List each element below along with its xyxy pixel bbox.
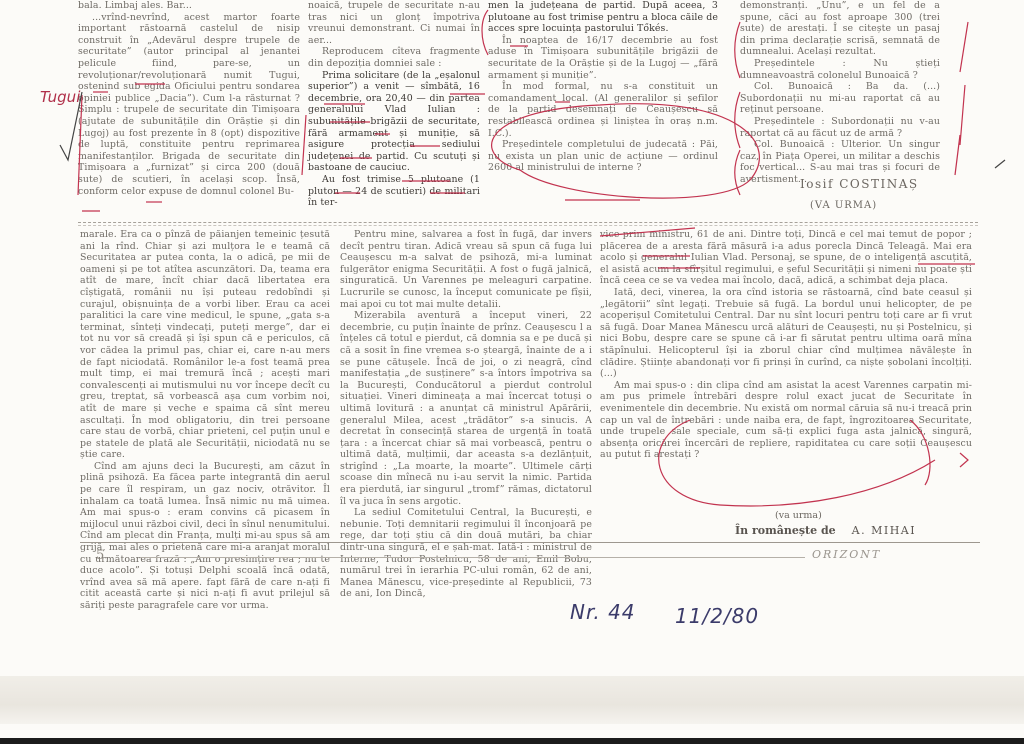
to-be-continued-label-bottom: (va urma) bbox=[775, 510, 822, 521]
top-column-2: noaică, trupele de securitate n-au tras … bbox=[308, 0, 480, 209]
bottom-rule bbox=[80, 542, 980, 543]
footer-rule bbox=[140, 557, 805, 558]
paragraph: vice-prim ministru, 61 de ani. Dintre to… bbox=[600, 229, 972, 287]
paragraph: ...vrînd-nevrînd, acest martor foarte im… bbox=[78, 12, 300, 198]
section-divider bbox=[78, 222, 978, 226]
bottom-column-2: Pentru mine, salvarea a fost în fugă, da… bbox=[340, 229, 592, 600]
paragraph: Prima solicitare (de la „eșalonul superi… bbox=[308, 70, 480, 174]
handwritten-issue-number: Nr. 44 bbox=[570, 600, 636, 624]
paragraph: La sediul Comitetului Central, la Bucure… bbox=[340, 507, 592, 600]
handwritten-date: 11/2/80 bbox=[675, 604, 759, 628]
paragraph: bala. Limbaj ales. Bar... bbox=[78, 0, 300, 12]
translation-label: În românește de bbox=[735, 524, 836, 537]
paragraph: Am mai spus-o : din clipa cînd am asista… bbox=[600, 380, 972, 461]
paragraph: marale. Era ca o pînză de păianjen temei… bbox=[80, 229, 330, 461]
paragraph: Președintele : Subordonații nu v-au rapo… bbox=[740, 116, 940, 139]
margin-note: Tugui bbox=[40, 88, 80, 106]
page-number: 5 bbox=[96, 548, 104, 563]
paragraph: Au fost trimise 5 plutoane (1 pluton — 2… bbox=[308, 174, 480, 209]
paragraph: men la județeana de partid. După aceea, … bbox=[488, 0, 718, 35]
paragraph: Col. Bunoaică : Ba da. (...) Subordonați… bbox=[740, 81, 940, 116]
paragraph: Mizerabila aventură a început vineri, 22… bbox=[340, 310, 592, 507]
translation-credit: În românește deA. MIHAI bbox=[735, 524, 916, 537]
to-be-continued-label: (VA URMA) bbox=[810, 200, 877, 211]
top-column-3: men la județeana de partid. După aceea, … bbox=[488, 0, 718, 174]
paragraph: Președintele completului de judecată : P… bbox=[488, 139, 718, 174]
paragraph: Cînd am ajuns deci la București, am căzu… bbox=[80, 461, 330, 612]
bottom-column-1: marale. Era ca o pînză de păianjen temei… bbox=[80, 229, 330, 612]
scanner-edge bbox=[0, 738, 1024, 744]
paragraph: Iată, deci, vinerea, la ora cînd istoria… bbox=[600, 287, 972, 380]
paragraph: În mod formal, nu s-a constituit un coma… bbox=[488, 81, 718, 139]
paragraph: Pentru mine, salvarea a fost în fugă, da… bbox=[340, 229, 592, 310]
top-column-1: bala. Limbaj ales. Bar... ...vrînd-nevrî… bbox=[78, 0, 300, 197]
scan-shadow bbox=[0, 676, 1024, 724]
paragraph: demonstranți. „Unu”, e un fel de a spune… bbox=[740, 0, 940, 58]
magazine-name: ORIZONT bbox=[812, 548, 881, 561]
paragraph: noaică, trupele de securitate n-au tras … bbox=[308, 0, 480, 46]
paragraph: Reproducem cîteva fragmente din depoziți… bbox=[308, 46, 480, 69]
paragraph: În noaptea de 16/17 decembrie au fost ad… bbox=[488, 35, 718, 81]
author-signature: Iosif COSTINAȘ bbox=[800, 177, 919, 191]
bottom-column-3: vice-prim ministru, 61 de ani. Dintre to… bbox=[600, 229, 972, 461]
top-column-4: demonstranți. „Unu”, e un fel de a spune… bbox=[740, 0, 940, 186]
translator-name: A. MIHAI bbox=[852, 524, 916, 537]
paragraph: Președintele : Nu știeți dumneavoastră c… bbox=[740, 58, 940, 81]
